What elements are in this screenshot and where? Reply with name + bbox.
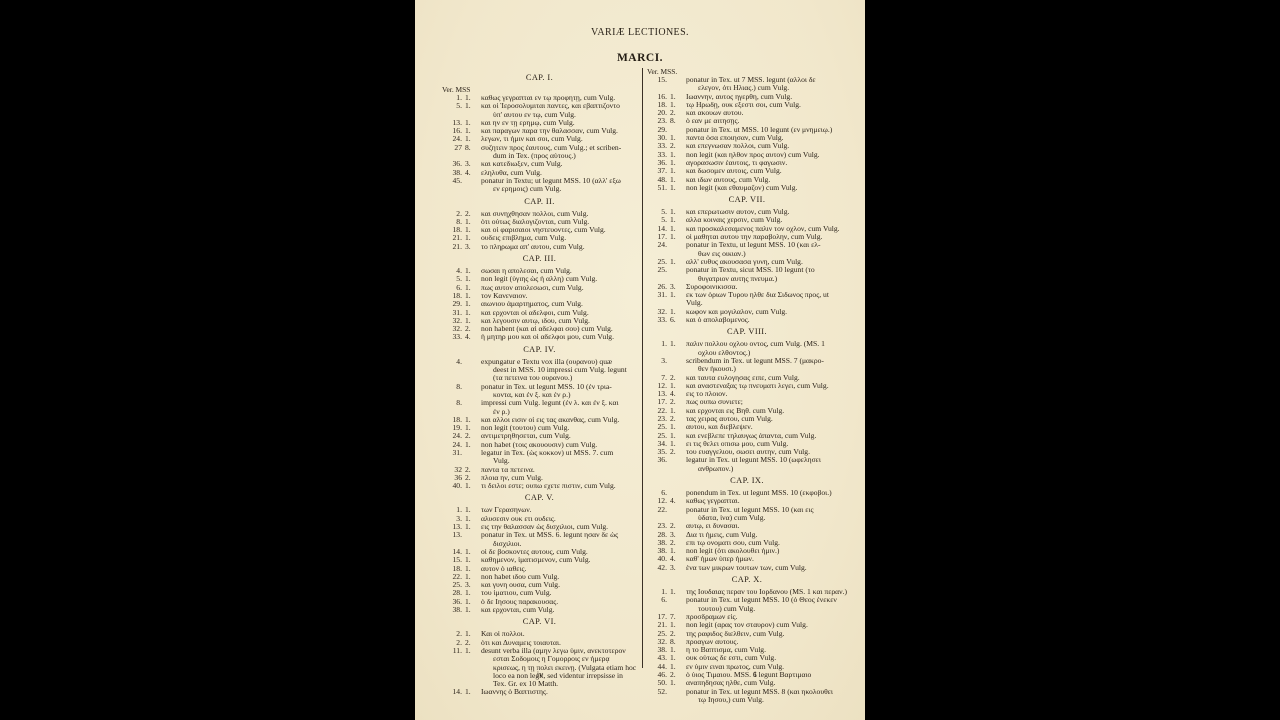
variant-text: ponatur in Tex. ut 7 MSS. legunt (αλλοι … [684,76,847,93]
variant-entry: 6.ponendum in Tex. ut legunt MSS. 10 (εκ… [647,489,847,497]
variant-entry: 42.3.ἑνα των μικρων τουτων των, cum Vulg… [647,564,847,572]
variant-text: το πληρωμα απ' αυτου, cum Vulg. [479,243,637,251]
verse-number: 52. [647,688,670,705]
mss-count [670,266,684,283]
variant-entry: 36.legatur in Tex. ut legunt MSS. 10 (ωφ… [647,456,847,473]
verse-number: 33. [442,333,465,341]
variant-entry: 40.1.τι δειλοι εστε; ουπω εχετε πιστιν, … [442,482,637,490]
variant-entry: 1.1.παλιν πολλου οχλου οντος, cum Vulg. … [647,340,847,357]
variant-entry: 25.ponatur in Textu, sicut MSS. 10 legun… [647,266,847,283]
variant-entry: 5.1.και οἱ Ἱεροσολυμιται παντες, και εβα… [442,102,637,119]
mss-count: 1. [670,258,684,266]
mss-count: 3. [465,243,479,251]
mss-count: 8. [465,144,479,161]
mss-count: 1. [465,647,479,688]
mss-count [670,596,684,613]
mss-count: 4. [465,169,479,177]
variant-entry: 25.2.της ραφιδος διελθειν, cum Vulg. [647,630,847,638]
mss-count [465,358,479,383]
variant-entry: 278.συζητειν προς ἑαυτους, cum Vulg.; et… [442,144,637,161]
mss-count [465,399,479,416]
variant-entry: 33.4.ἡ μητηρ μου και οἱ αδελφοι μου, cum… [442,333,637,341]
variant-entry: 33.6.και ὁ απολαβομενος. [647,316,847,324]
mss-count: 1. [670,233,684,241]
verse-number: 8. [442,399,465,416]
mss-count [465,531,479,548]
mss-count [670,688,684,705]
verse-number: 24. [647,241,670,258]
variant-text: scribendum in Tex. ut legunt MSS. 7 (μακ… [684,357,847,374]
chapter-heading: CAP. VI. [442,617,637,627]
variant-text: ponatur in Textu; ut legunt MSS. 10 (αλλ… [479,177,637,194]
variant-text-continued: deest in MSS. 10 impressi cum Vulg. legu… [481,366,637,383]
variant-text: τι δειλοι εστε; ουπω εχετε πιστιν, cum V… [479,482,637,490]
variant-text: και ερχονται, cum Vulg. [479,606,637,614]
variant-text: expungatur e Textu vox illa (ουρανου) qu… [479,358,637,383]
variant-entry: 12.1.και αναστεναξας τῳ πνευματι λεγει, … [647,382,847,390]
verse-number: 42. [647,564,670,572]
verse-number: 25. [647,266,670,283]
variant-text: ponatur in Tex. ut legunt MSS. 10 (ὁ Θεο… [684,596,847,613]
variant-text: legatur in Tex. (ὡς κοκκον) ut MSS. 7. c… [479,449,637,466]
book-page: VARIÆ LECTIONES. MARCI. CAP. I.Ver. MSS1… [415,0,865,720]
variant-entry: 52.ponatur in Tex. ut legunt MSS. 8 (και… [647,688,847,705]
mss-count: 1. [670,340,684,357]
mss-count: 1. [465,482,479,490]
verse-number: 15. [647,76,670,93]
variant-text: legatur in Tex. ut legunt MSS. 10 (ωφελη… [684,456,847,473]
variant-entry: 15.1.καθημενον, ἱματισμενον, cum Vulg. [442,556,637,564]
verse-number: 36. [647,456,670,473]
variant-entry: 3.scribendum in Tex. ut legunt MSS. 7 (μ… [647,357,847,374]
chapter-heading: CAP. IX. [647,476,847,486]
verse-number: 40. [442,482,465,490]
mss-count: 3. [670,564,684,572]
variant-entry: 14.1.Ιωαννης ὁ Βαπτιστης. [442,688,637,696]
variant-entry: 4.expungatur e Textu vox illa (ουρανου) … [442,358,637,383]
verse-number: 45. [442,177,465,194]
verse-number: 27 [442,144,465,161]
mss-count [670,76,684,93]
verse-number: 33. [647,316,670,324]
variant-text: ponatur in Tex. ut legunt MSS. 10 (και ε… [684,506,847,523]
variant-text: ponatur in Tex. ut legunt MSS. 10 (ἐν τρ… [479,383,637,400]
verse-number: 8. [442,383,465,400]
variant-text: Ιωαννης ὁ Βαπτιστης. [479,688,637,696]
verse-number: 11. [442,647,465,688]
verse-number: 13. [442,531,465,548]
folio-left: iv [530,670,550,679]
variant-entry: 22.ponatur in Tex. ut legunt MSS. 10 (κα… [647,506,847,523]
verse-number: 31. [647,291,670,308]
chapter-heading: CAP. II. [442,197,637,207]
variant-entry: 15.ponatur in Tex. ut 7 MSS. legunt (αλλ… [647,76,847,93]
variant-entry: 8.ponatur in Tex. ut legunt MSS. 10 (ἐν … [442,383,637,400]
variant-text: ponatur in Tex. ut legunt MSS. 8 (και ηκ… [684,688,847,705]
mss-count [670,241,684,258]
variant-entry: 18.1.τῳ Ηρωδῃ, ουκ εξεστι σοι, cum Vulg. [647,101,847,109]
variant-text-continued: τῳ Ιησου,) cum Vulg. [686,696,847,704]
verse-number: 3. [647,357,670,374]
variant-text: ἡ μητηρ μου και οἱ αδελφοι μου, cum Vulg… [479,333,637,341]
mss-count: 1. [670,291,684,308]
mss-count [465,383,479,400]
mss-count: 1. [670,679,684,687]
chapter-heading: CAP. VIII. [647,327,847,337]
variant-text: desunt verba illa (αμην λεγω ὑμιν, ανεκτ… [479,647,637,688]
variant-text: και οἱ Ἱεροσολυμιται παντες, και εβαπτιζ… [479,102,637,119]
mss-count: 1. [465,523,479,531]
variant-text: συζητειν προς ἑαυτους, cum Vulg.; et scr… [479,144,637,161]
variant-text: ἑνα των μικρων τουτων των, cum Vulg. [684,564,847,572]
mss-count [670,506,684,523]
mss-count: 1. [670,184,684,192]
verse-number: 14. [442,688,465,696]
mss-count [670,456,684,473]
variant-entry: 8.impressi cum Vulg. legunt (ἐν λ. και ἐ… [442,399,637,416]
verse-number: 1. [647,340,670,357]
variant-entry: 6.1.πως αυτον απολεσωσι, cum Vulg. [442,284,637,292]
mss-count: 1. [465,688,479,696]
mss-count [670,357,684,374]
chapter-heading: CAP. VII. [647,195,847,205]
variant-text: non legit (και εθαυμαζον) cum Vulg. [684,184,847,192]
variant-entry: 11.1.desunt verba illa (αμην λεγω ὑμιν, … [442,647,637,688]
verse-number: 4. [442,358,465,383]
verse-number: 5. [442,102,465,119]
mss-count [465,177,479,194]
mss-count: 4. [465,333,479,341]
mss-count: 6. [670,316,684,324]
verse-number: 51. [647,184,670,192]
variant-text: impressi cum Vulg. legunt (ἐν λ. και ἐν … [479,399,637,416]
variant-text: παλιν πολλου οχλου οντος, cum Vulg. (MS.… [684,340,847,357]
running-head: VARIÆ LECTIONES. [415,27,865,38]
variant-text-continued: ανθρωπον.) [686,465,847,473]
variant-entry: 31.legatur in Tex. (ὡς κοκκον) ut MSS. 7… [442,449,637,466]
variant-text: ponatur in Textu, ut legunt MSS. 10 (και… [684,241,847,258]
mss-count [465,449,479,466]
mss-count: 8. [670,117,684,125]
mss-count: 2. [670,448,684,456]
verse-number: 21. [442,243,465,251]
mss-count: 1. [465,102,479,119]
mss-count: 1. [670,588,684,596]
chapter-heading: CAP. I. [442,73,637,83]
verse-number: 22. [647,506,670,523]
variant-entry: 6.ponatur in Tex. ut legunt MSS. 10 (ὁ Θ… [647,596,847,613]
variant-entry: 45.ponatur in Textu; ut legunt MSS. 10 (… [442,177,637,194]
folio-right: 1 [745,670,765,679]
mss-count: 4. [670,497,684,505]
right-column: Ver. MSS.15.ponatur in Tex. ut 7 MSS. le… [642,68,847,668]
variant-entry: 51.1.non legit (και εθαυμαζον) cum Vulg. [647,184,847,192]
verse-number: 6. [647,596,670,613]
variant-text-continued: εσται Σοδομοις η Γομορροις εν ἡμερᾳ κρισ… [481,655,637,688]
chapter-heading: CAP. IV. [442,345,637,355]
variant-entry: 24.ponatur in Textu, ut legunt MSS. 10 (… [647,241,847,258]
chapter-heading: CAP. III. [442,254,637,264]
variant-text-continued: εν ερημοις) cum Vulg. [481,185,637,193]
variant-entry: 31.1.εκ των ὁριων Τυρου ηλθε δια Σιδωνος… [647,291,847,308]
variant-entry: 13.ponatur in Tex. ut MSS. 6. legunt ησα… [442,531,637,548]
mss-count: 1. [465,441,479,449]
variant-text: και ὁ απολαβομενος. [684,316,847,324]
book-title: MARCI. [415,52,865,64]
variant-entry: 21.3.το πληρωμα απ' αυτου, cum Vulg. [442,243,637,251]
variant-text: εκ των ὁριων Τυρου ηλθε δια Σιδωνος προς… [684,291,847,308]
mss-count: 1. [465,606,479,614]
chapter-heading: CAP. V. [442,493,637,503]
verse-number: 31. [442,449,465,466]
variant-entry: 20.2.και ακουων αυτου. [647,109,847,117]
chapter-heading: CAP. X. [647,575,847,585]
variant-entry: 13.4.εις το πλοιον. [647,390,847,398]
left-column: CAP. I.Ver. MSS1.1.καθως γεγραπται εν τῳ… [442,70,637,697]
variant-text: ponatur in Textu, sicut MSS. 10 legunt (… [684,266,847,283]
verse-number: 38. [442,606,465,614]
variant-text: ponatur in Tex. ut MSS. 6. legunt ησαν δ… [479,531,637,548]
variant-entry: 38.1.και ερχονται, cum Vulg. [442,606,637,614]
